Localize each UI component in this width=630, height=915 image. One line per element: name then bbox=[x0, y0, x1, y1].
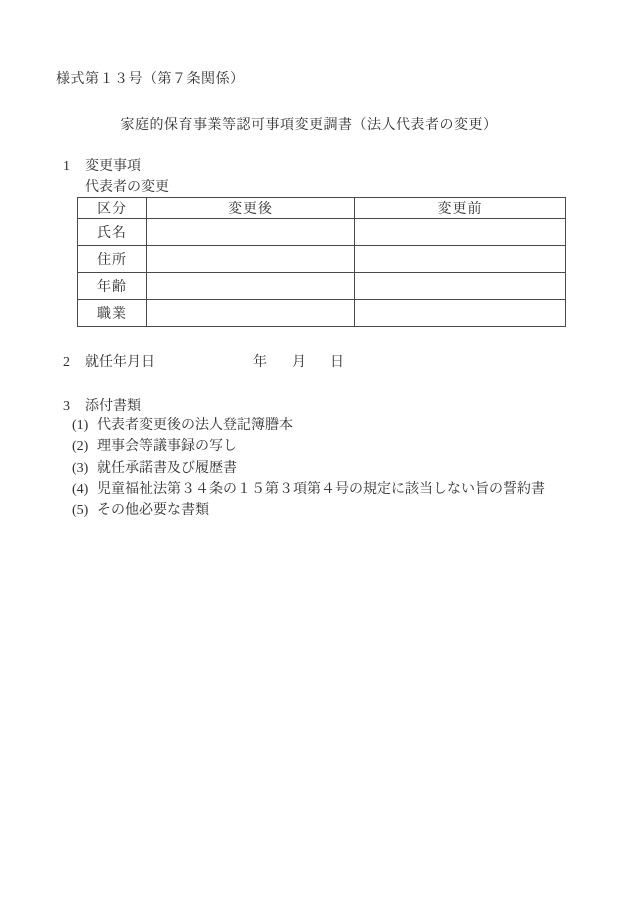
section2-number: 2 bbox=[63, 355, 70, 371]
list-item-text: 児童福祉法第３４条の１５第３項第４号の規定に該当しない旨の誓約書 bbox=[97, 482, 545, 497]
list-item-marker: (1) bbox=[72, 415, 97, 436]
age-after-cell bbox=[147, 273, 355, 300]
list-item: (4)児童福祉法第３４条の１５第３項第４号の規定に該当しない旨の誓約書 bbox=[72, 479, 545, 500]
section2-heading: 2就任年月日 年 月 日 bbox=[63, 351, 623, 369]
list-item-marker: (4) bbox=[72, 479, 97, 500]
occupation-after-cell bbox=[147, 300, 355, 327]
list-item-marker: (2) bbox=[72, 436, 97, 457]
section1-number: 1 bbox=[63, 159, 70, 175]
month-label: 月 bbox=[292, 351, 306, 371]
row-label-name: 氏名 bbox=[78, 219, 147, 246]
change-table: 区分 変更後 変更前 氏名 住所 年齢 職業 bbox=[77, 197, 566, 327]
list-item-text: 代表者変更後の法人登記簿謄本 bbox=[97, 418, 293, 433]
list-item: (1)代表者変更後の法人登記簿謄本 bbox=[72, 415, 545, 436]
table-header-before: 変更前 bbox=[355, 198, 566, 219]
list-item-text: 理事会等議事録の写し bbox=[97, 439, 237, 454]
list-item: (5)その他必要な書類 bbox=[72, 500, 545, 521]
section1-subheading: 代表者の変更 bbox=[85, 176, 169, 196]
address-after-cell bbox=[147, 246, 355, 273]
table-header-category: 区分 bbox=[78, 198, 147, 219]
list-item-marker: (5) bbox=[72, 500, 97, 521]
page-title: 家庭的保育事業等認可事項変更調書（法人代表者の変更） bbox=[0, 114, 618, 134]
name-before-cell bbox=[355, 219, 566, 246]
section3-heading: 3添付書類 bbox=[63, 395, 141, 415]
row-label-occupation: 職業 bbox=[78, 300, 147, 327]
table-row-address: 住所 bbox=[78, 246, 566, 273]
row-label-age: 年齢 bbox=[78, 273, 147, 300]
table-header-row: 区分 変更後 変更前 bbox=[78, 198, 566, 219]
day-label: 日 bbox=[330, 351, 344, 371]
section3-number: 3 bbox=[63, 399, 70, 415]
list-item-marker: (3) bbox=[72, 458, 97, 479]
section3-label: 添付書類 bbox=[85, 395, 141, 415]
list-item-text: 就任承諾書及び履歴書 bbox=[97, 461, 237, 476]
year-label: 年 bbox=[253, 351, 267, 371]
table-row-age: 年齢 bbox=[78, 273, 566, 300]
section2-label: 就任年月日 bbox=[85, 351, 155, 371]
table-header-after: 変更後 bbox=[147, 198, 355, 219]
age-before-cell bbox=[355, 273, 566, 300]
name-after-cell bbox=[147, 219, 355, 246]
row-label-address: 住所 bbox=[78, 246, 147, 273]
occupation-before-cell bbox=[355, 300, 566, 327]
list-item: (2)理事会等議事録の写し bbox=[72, 436, 545, 457]
list-item: (3)就任承諾書及び履歴書 bbox=[72, 458, 545, 479]
list-item-text: その他必要な書類 bbox=[97, 503, 209, 518]
section1-label: 変更事項 bbox=[85, 155, 141, 175]
section1-heading: 1変更事項 bbox=[63, 155, 141, 175]
address-before-cell bbox=[355, 246, 566, 273]
table-row-name: 氏名 bbox=[78, 219, 566, 246]
table-row-occupation: 職業 bbox=[78, 300, 566, 327]
document-page: 様式第１３号（第７条関係） 家庭的保育事業等認可事項変更調書（法人代表者の変更）… bbox=[0, 0, 630, 915]
attachment-list: (1)代表者変更後の法人登記簿謄本 (2)理事会等議事録の写し (3)就任承諾書… bbox=[72, 415, 545, 521]
form-number: 様式第１３号（第７条関係） bbox=[56, 68, 245, 88]
